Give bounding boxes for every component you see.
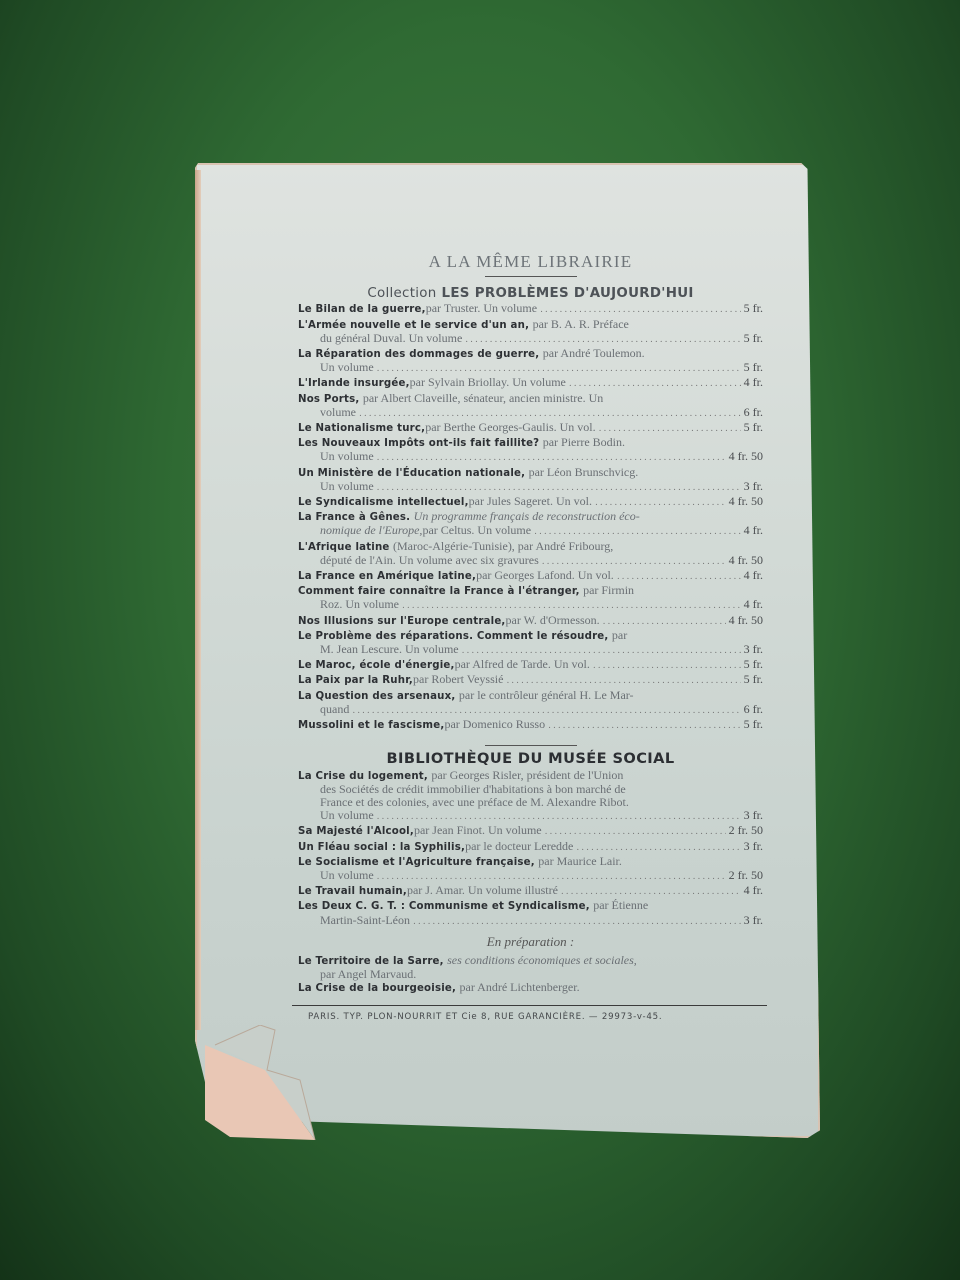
book-title: Nos Illusions sur l'Europe centrale,: [298, 615, 506, 628]
book-title: L'Armée nouvelle et le service d'un an,: [298, 320, 529, 331]
book-price: 3 fr.: [744, 914, 763, 927]
book-title: Un Fléau social : la Syphilis,: [298, 841, 465, 854]
book-subtitle: nomique de l'Europe,: [320, 524, 422, 537]
book-listing: Sa Majesté l'Alcool, par Jean Finot. Un …: [298, 824, 763, 839]
book-price: 4 fr.: [744, 598, 763, 611]
book-price: 3 fr.: [744, 840, 763, 853]
book-author: par Firmin: [583, 583, 634, 597]
book-price: 4 fr. 50: [729, 554, 763, 567]
book-price: 4 fr.: [744, 884, 763, 897]
book-title: Le Maroc, école d'énergie,: [298, 659, 455, 672]
book-author: par Jules Sageret. Un vol.: [469, 495, 592, 508]
book-listing: Un Ministère de l'Éducation nationale, p…: [298, 466, 763, 495]
book-author: par Berthe Georges-Gaulis. Un vol.: [425, 421, 595, 434]
book-listing: L'Armée nouvelle et le service d'un an, …: [298, 318, 763, 347]
book-subtitle: Un programme français de reconstruction …: [414, 509, 640, 523]
book-price: 4 fr.: [744, 376, 763, 389]
folded-corner: [205, 1025, 380, 1140]
book-author: par Jean Finot. Un volume: [414, 824, 542, 837]
book-spine-edge: [195, 170, 201, 1030]
book-price: 6 fr.: [744, 406, 763, 419]
footer-rule: [292, 1005, 767, 1006]
book-title: Nos Ports,: [298, 394, 359, 405]
book-author: par Domenico Russo: [444, 718, 545, 731]
book-title: Le Nationalisme turc,: [298, 422, 425, 435]
book-author: par Léon Brunschvicg.: [529, 465, 639, 479]
book-author: France et des colonies, avec une préface…: [320, 795, 629, 809]
book-price: 3 fr.: [744, 643, 763, 656]
book-price: 4 fr. 50: [729, 450, 763, 463]
book-listing: L'Irlande insurgée, par Sylvain Briollay…: [298, 376, 763, 391]
book-title: La Crise du logement,: [298, 771, 428, 782]
book-listing: L'Afrique latine (Maroc-Algérie-Tunisie)…: [298, 540, 763, 569]
book-listing: Les Deux C. G. T. : Communisme et Syndic…: [298, 899, 763, 928]
book-title: L'Irlande insurgée,: [298, 377, 410, 390]
collection-heading: Collection LES PROBLÈMES D'AUJOURD'HUI: [298, 287, 763, 300]
leader-dots: [413, 916, 741, 929]
book-listing: La Crise du logement, par Georges Risler…: [298, 769, 763, 825]
book-title: La Réparation des dommages de guerre,: [298, 349, 539, 360]
book-listing: La Crise de la bourgeoisie, par André Li…: [298, 981, 763, 995]
book-listing: Le Travail humain, par J. Amar. Un volum…: [298, 884, 763, 899]
book-price: 5 fr.: [744, 421, 763, 434]
book-price: 3 fr.: [744, 480, 763, 493]
leader-dots: [545, 826, 726, 839]
book-author: par Albert Claveille, sénateur, ancien m…: [363, 391, 603, 405]
leader-dots: [617, 571, 741, 584]
book-price: 6 fr.: [744, 703, 763, 716]
book-listing: La France en Amérique latine, par George…: [298, 569, 763, 584]
book-author: Un volume: [320, 450, 374, 463]
book-listing: Le Problème des réparations. Comment le …: [298, 629, 763, 658]
book-author: (Maroc-Algérie-Tunisie), par André Fribo…: [393, 539, 613, 553]
book-title: Le Problème des réparations. Comment le …: [298, 631, 609, 642]
book-title: Le Syndicalisme intellectuel,: [298, 496, 469, 509]
book-author: par J. Amar. Un volume illustré: [407, 884, 558, 897]
book-author: par Truster. Un volume: [426, 302, 537, 315]
book-price: 3 fr.: [744, 809, 763, 822]
book-author: Un volume: [320, 480, 374, 493]
book-title: La Paix par la Ruhr,: [298, 674, 413, 687]
book-listing: Comment faire connaître la France à l'ét…: [298, 584, 763, 613]
book-price: 4 fr. 50: [729, 614, 763, 627]
book-title: Les Nouveaux Impôts ont-ils fait faillit…: [298, 438, 539, 449]
book-author: des Sociétés de crédit immobilier d'habi…: [320, 782, 626, 796]
book-title: Comment faire connaître la France à l'ét…: [298, 586, 580, 597]
book-author: par Pierre Bodin.: [543, 435, 625, 449]
book-price: 4 fr. 50: [729, 495, 763, 508]
book-title: L'Afrique latine: [298, 542, 390, 553]
book-author: par: [612, 628, 627, 642]
book-title: La France à Gênes.: [298, 512, 410, 523]
book-price: 5 fr.: [744, 302, 763, 315]
book-listing: Un Fléau social : la Syphilis, par le do…: [298, 840, 763, 855]
book-author: par W. d'Ormesson.: [506, 614, 600, 627]
book-author: Un volume: [320, 809, 374, 822]
book-title: Mussolini et le fascisme,: [298, 719, 444, 732]
musee-social-list: La Crise du logement, par Georges Risler…: [298, 769, 763, 929]
book-listing: Nos Ports, par Albert Claveille, sénateu…: [298, 392, 763, 421]
divider: [485, 745, 577, 746]
book-author: par Georges Risler, président de l'Union: [431, 768, 623, 782]
book-author: M. Jean Lescure. Un volume: [320, 643, 459, 656]
book-listing: Le Territoire de la Sarre, ses condition…: [298, 954, 763, 981]
book-price: 4 fr.: [744, 524, 763, 537]
book-title: La Question des arsenaux,: [298, 691, 455, 702]
leader-dots: [593, 660, 741, 673]
book-price: 5 fr.: [744, 332, 763, 345]
book-author: député de l'Ain. Un volume avec six grav…: [320, 554, 539, 567]
back-cover-text: A LA MÊME LIBRAIRIE Collection LES PROBL…: [298, 255, 763, 1024]
book-listing: Le Socialisme et l'Agriculture française…: [298, 855, 763, 884]
book-listing: La Paix par la Ruhr, par Robert Veyssié5…: [298, 673, 763, 688]
leader-dots: [352, 705, 740, 718]
book-author: du général Duval. Un volume: [320, 332, 462, 345]
collection-list: Le Bilan de la guerre, par Truster. Un v…: [298, 302, 763, 733]
book-price: 2 fr. 50: [729, 824, 763, 837]
book-author: par le contrôleur général H. Le Mar-: [459, 688, 634, 702]
book-listing: Nos Illusions sur l'Europe centrale, par…: [298, 614, 763, 629]
book-listing: Le Nationalisme turc, par Berthe Georges…: [298, 421, 763, 436]
book-listing: La Question des arsenaux, par le contrôl…: [298, 689, 763, 718]
leader-dots: [402, 600, 741, 613]
book-title: Le Bilan de la guerre,: [298, 303, 426, 316]
book-title: Sa Majesté l'Alcool,: [298, 825, 414, 838]
book-author: Roz. Un volume: [320, 598, 399, 611]
book-title: Un Ministère de l'Éducation nationale,: [298, 468, 525, 479]
book-author: par Maurice Lair.: [538, 854, 622, 868]
preparation-list: Le Territoire de la Sarre, ses condition…: [298, 954, 763, 996]
book-price: 5 fr.: [744, 658, 763, 671]
book-listing: La Réparation des dommages de guerre, pa…: [298, 347, 763, 376]
book-price: 4 fr.: [744, 569, 763, 582]
book-author: par André Lichtenberger.: [460, 980, 580, 994]
book-author: par B. A. R. Préface: [533, 317, 629, 331]
book-title: La France en Amérique latine,: [298, 570, 476, 583]
printer-imprint: PARIS. TYP. PLON-NOURRIT ET Cie 8, RUE G…: [298, 1011, 763, 1024]
book-author: par Alfred de Tarde. Un vol.: [455, 658, 590, 671]
book-author: par Celtus. Un volume: [422, 524, 531, 537]
book-listing: Les Nouveaux Impôts ont-ils fait faillit…: [298, 436, 763, 465]
book-author: par Georges Lafond. Un vol.: [476, 569, 614, 582]
book-author: par Angel Marvaud.: [320, 967, 416, 981]
preparation-heading: En préparation :: [298, 935, 763, 948]
book-author: Martin-Saint-Léon: [320, 914, 410, 927]
book-author: par Sylvain Briollay. Un volume: [410, 376, 566, 389]
book-title: Les Deux C. G. T. : Communisme et Syndic…: [298, 901, 590, 912]
book-listing: La France à Gênes. Un programme français…: [298, 510, 763, 539]
book-title: La Crise de la bourgeoisie,: [298, 983, 456, 994]
book-title: Le Territoire de la Sarre,: [298, 956, 444, 967]
book-listing: Le Maroc, école d'énergie, par Alfred de…: [298, 658, 763, 673]
book-author: Un volume: [320, 869, 374, 882]
book-listing: Le Syndicalisme intellectuel, par Jules …: [298, 495, 763, 510]
book-author: par le docteur Leredde: [465, 840, 573, 853]
book-price: 5 fr.: [744, 673, 763, 686]
publisher-header: A LA MÊME LIBRAIRIE: [298, 255, 763, 268]
book-price: 2 fr. 50: [729, 869, 763, 882]
leader-dots: [548, 720, 741, 733]
book-author: volume: [320, 406, 356, 419]
book-listing: Mussolini et le fascisme, par Domenico R…: [298, 718, 763, 733]
leader-dots: [561, 886, 741, 899]
musee-social-heading: BIBLIOTHÈQUE DU MUSÉE SOCIAL: [298, 752, 763, 765]
book-author: Un volume: [320, 361, 374, 374]
book-listing: Le Bilan de la guerre, par Truster. Un v…: [298, 302, 763, 317]
book-author: par André Toulemon.: [543, 346, 645, 360]
book-author: par Étienne: [593, 898, 648, 912]
divider: [485, 276, 577, 277]
book-subtitle: ses conditions économiques et sociales,: [447, 953, 637, 967]
book-author: par Robert Veyssié: [413, 673, 503, 686]
book-price: 5 fr.: [744, 718, 763, 731]
book-title: Le Travail humain,: [298, 885, 407, 898]
book-author: quand: [320, 703, 349, 716]
book-price: 5 fr.: [744, 361, 763, 374]
book-title: Le Socialisme et l'Agriculture française…: [298, 857, 535, 868]
